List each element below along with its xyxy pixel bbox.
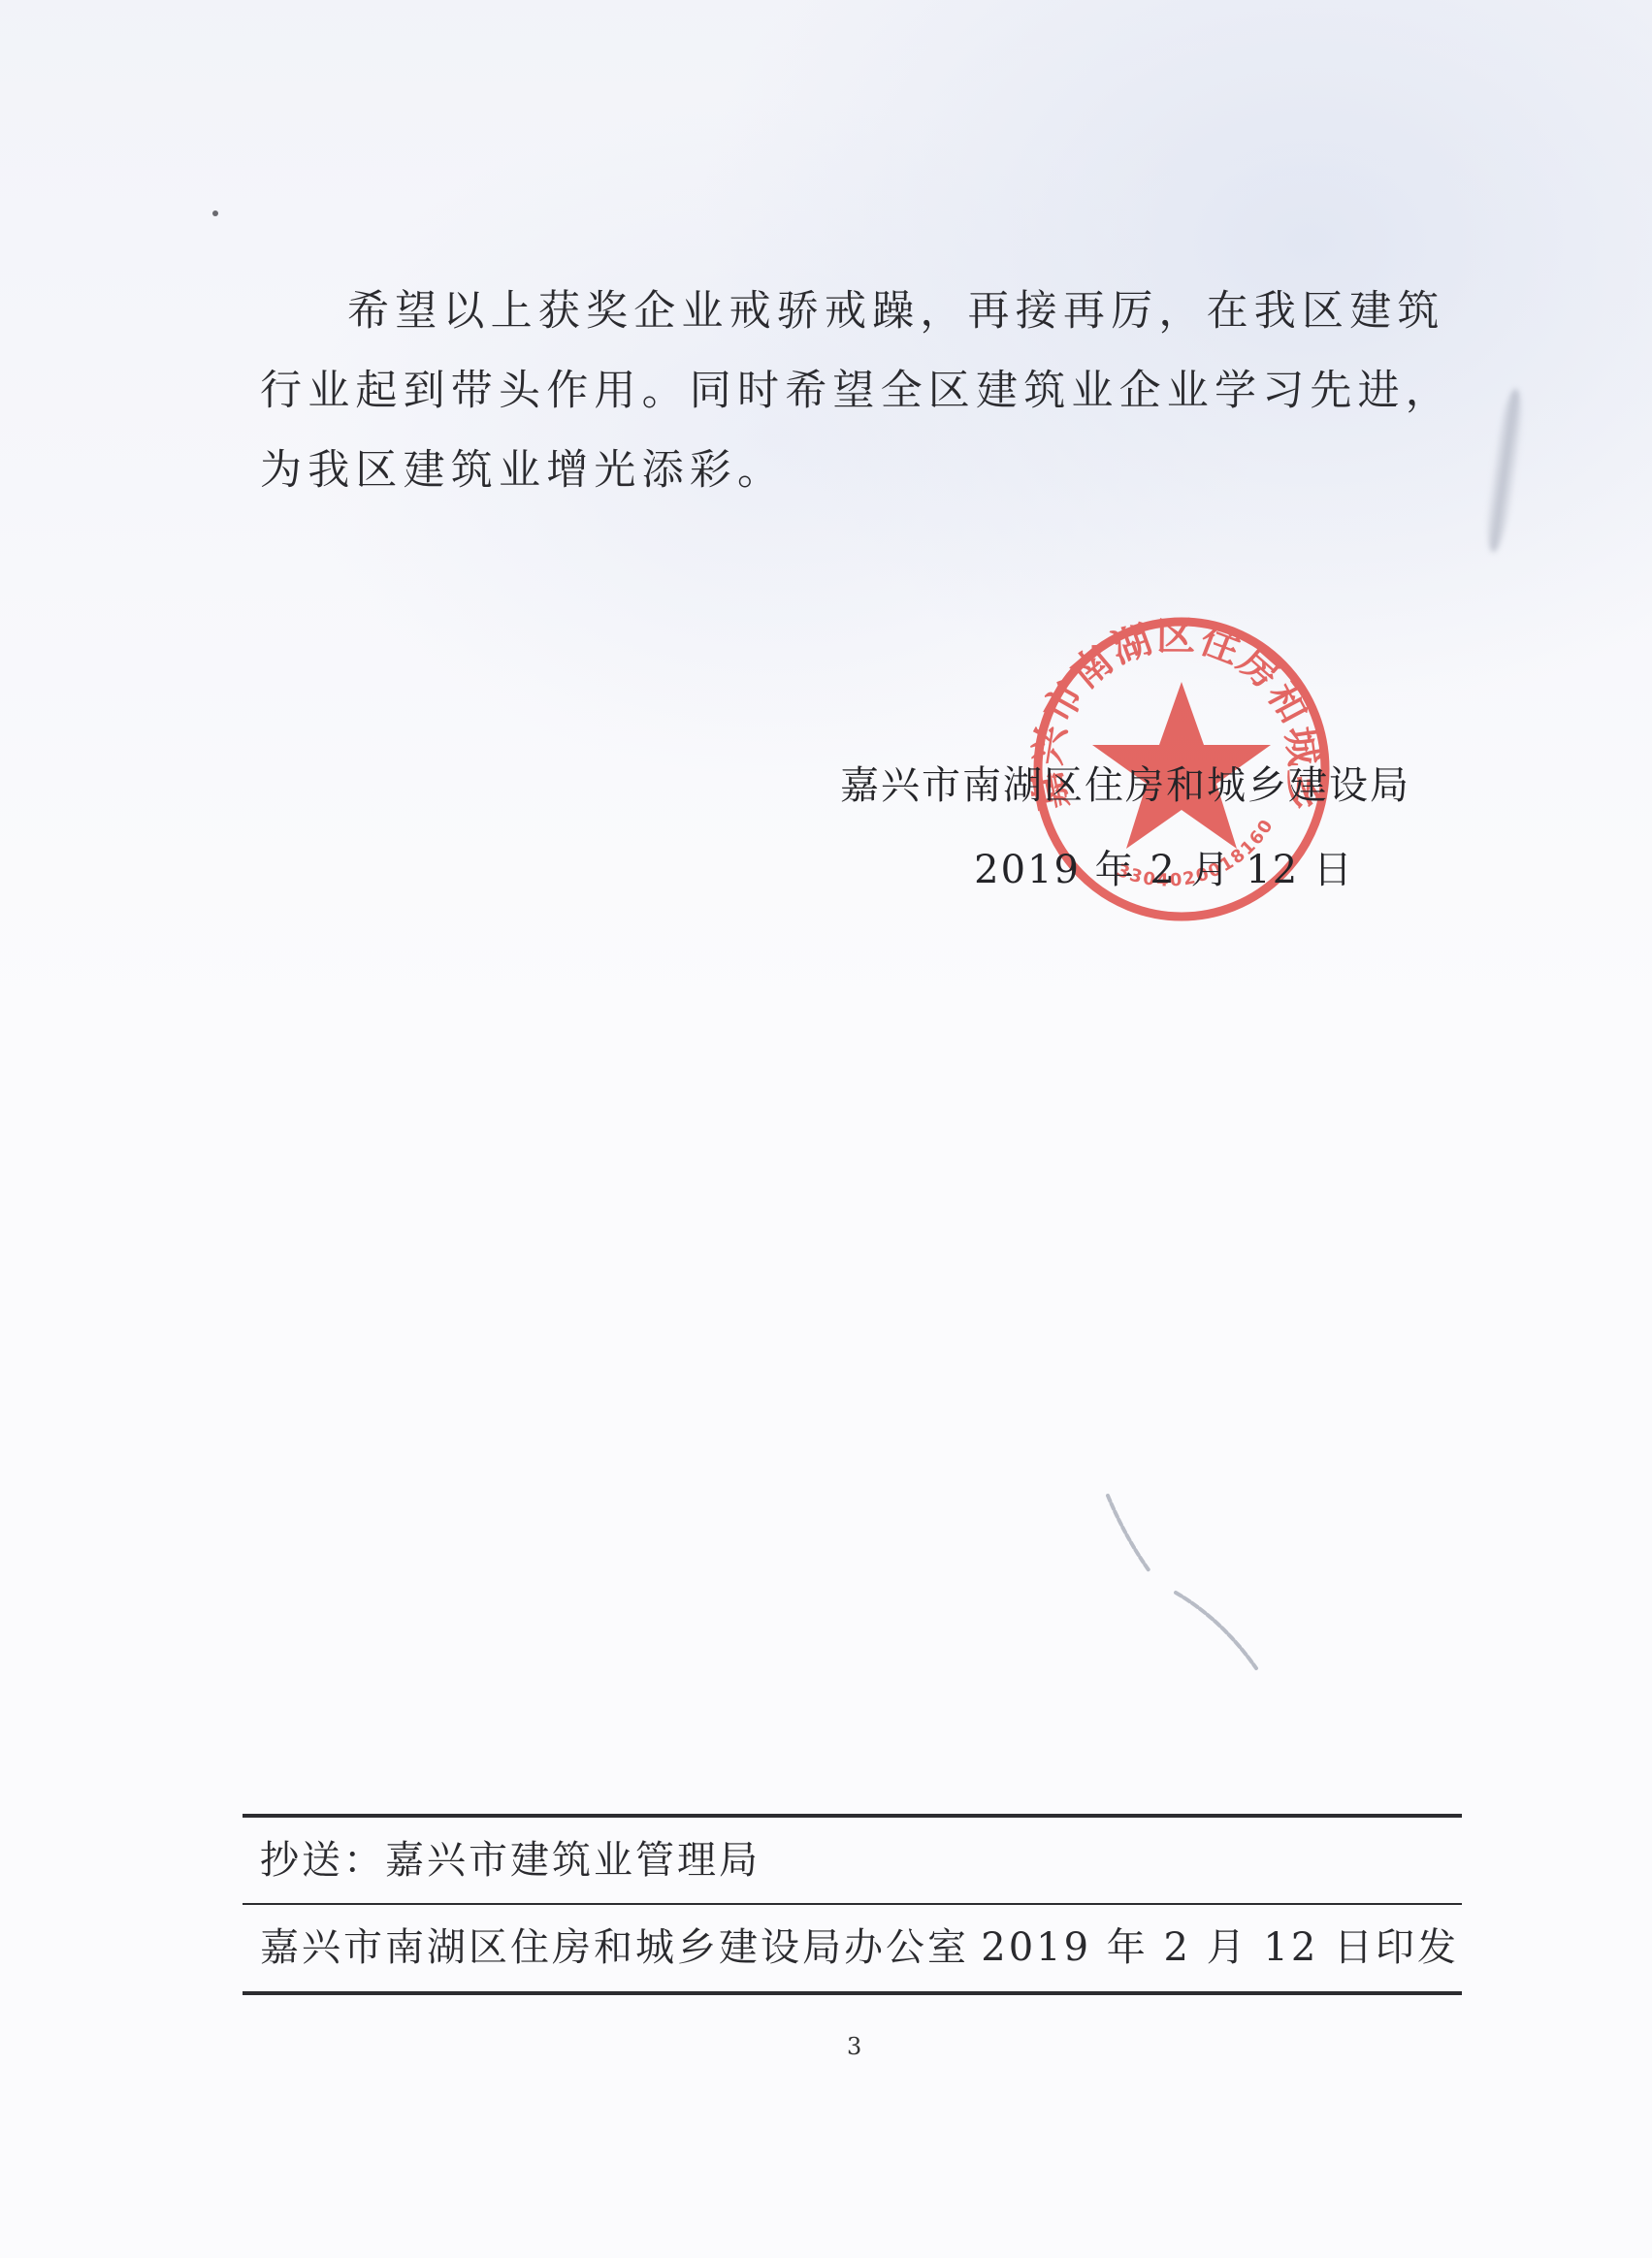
page-number: 3 <box>847 2033 861 2060</box>
signature-date: 2019 年 2 月 12 日 <box>854 839 1474 894</box>
cc-label: 抄送： <box>260 1838 385 1883</box>
footer-rule-bottom <box>243 1991 1462 1995</box>
issue-date: 2019 年 2 月 12 日印发 <box>981 1919 1459 1977</box>
scan-smudge <box>1480 387 1528 554</box>
footer-rule-middle <box>243 1903 1462 1905</box>
cc-line: 抄送：嘉兴市建筑业管理局 <box>260 1831 761 1889</box>
body-paragraph-block: 希望以上获奖企业戒骄戒躁，再接再厉，在我区建筑行业起到带头作用。同时希望全区建筑… <box>260 272 1463 510</box>
issuer: 嘉兴市南湖区住房和城乡建设局办公室 <box>260 1919 969 1977</box>
cc-recipient: 嘉兴市建筑业管理局 <box>385 1838 761 1883</box>
body-paragraph: 希望以上获奖企业戒骄戒躁，再接再厉，在我区建筑行业起到带头作用。同时希望全区建筑… <box>260 272 1463 510</box>
footer-rule-top <box>243 1814 1462 1818</box>
scan-scratch-mark <box>1096 1484 1290 1688</box>
scan-speck <box>212 210 218 216</box>
signature-organization: 嘉兴市南湖区住房和城乡建设局 <box>815 755 1436 810</box>
issue-line: 嘉兴市南湖区住房和城乡建设局办公室 2019 年 2 月 12 日印发 <box>260 1919 1459 1977</box>
